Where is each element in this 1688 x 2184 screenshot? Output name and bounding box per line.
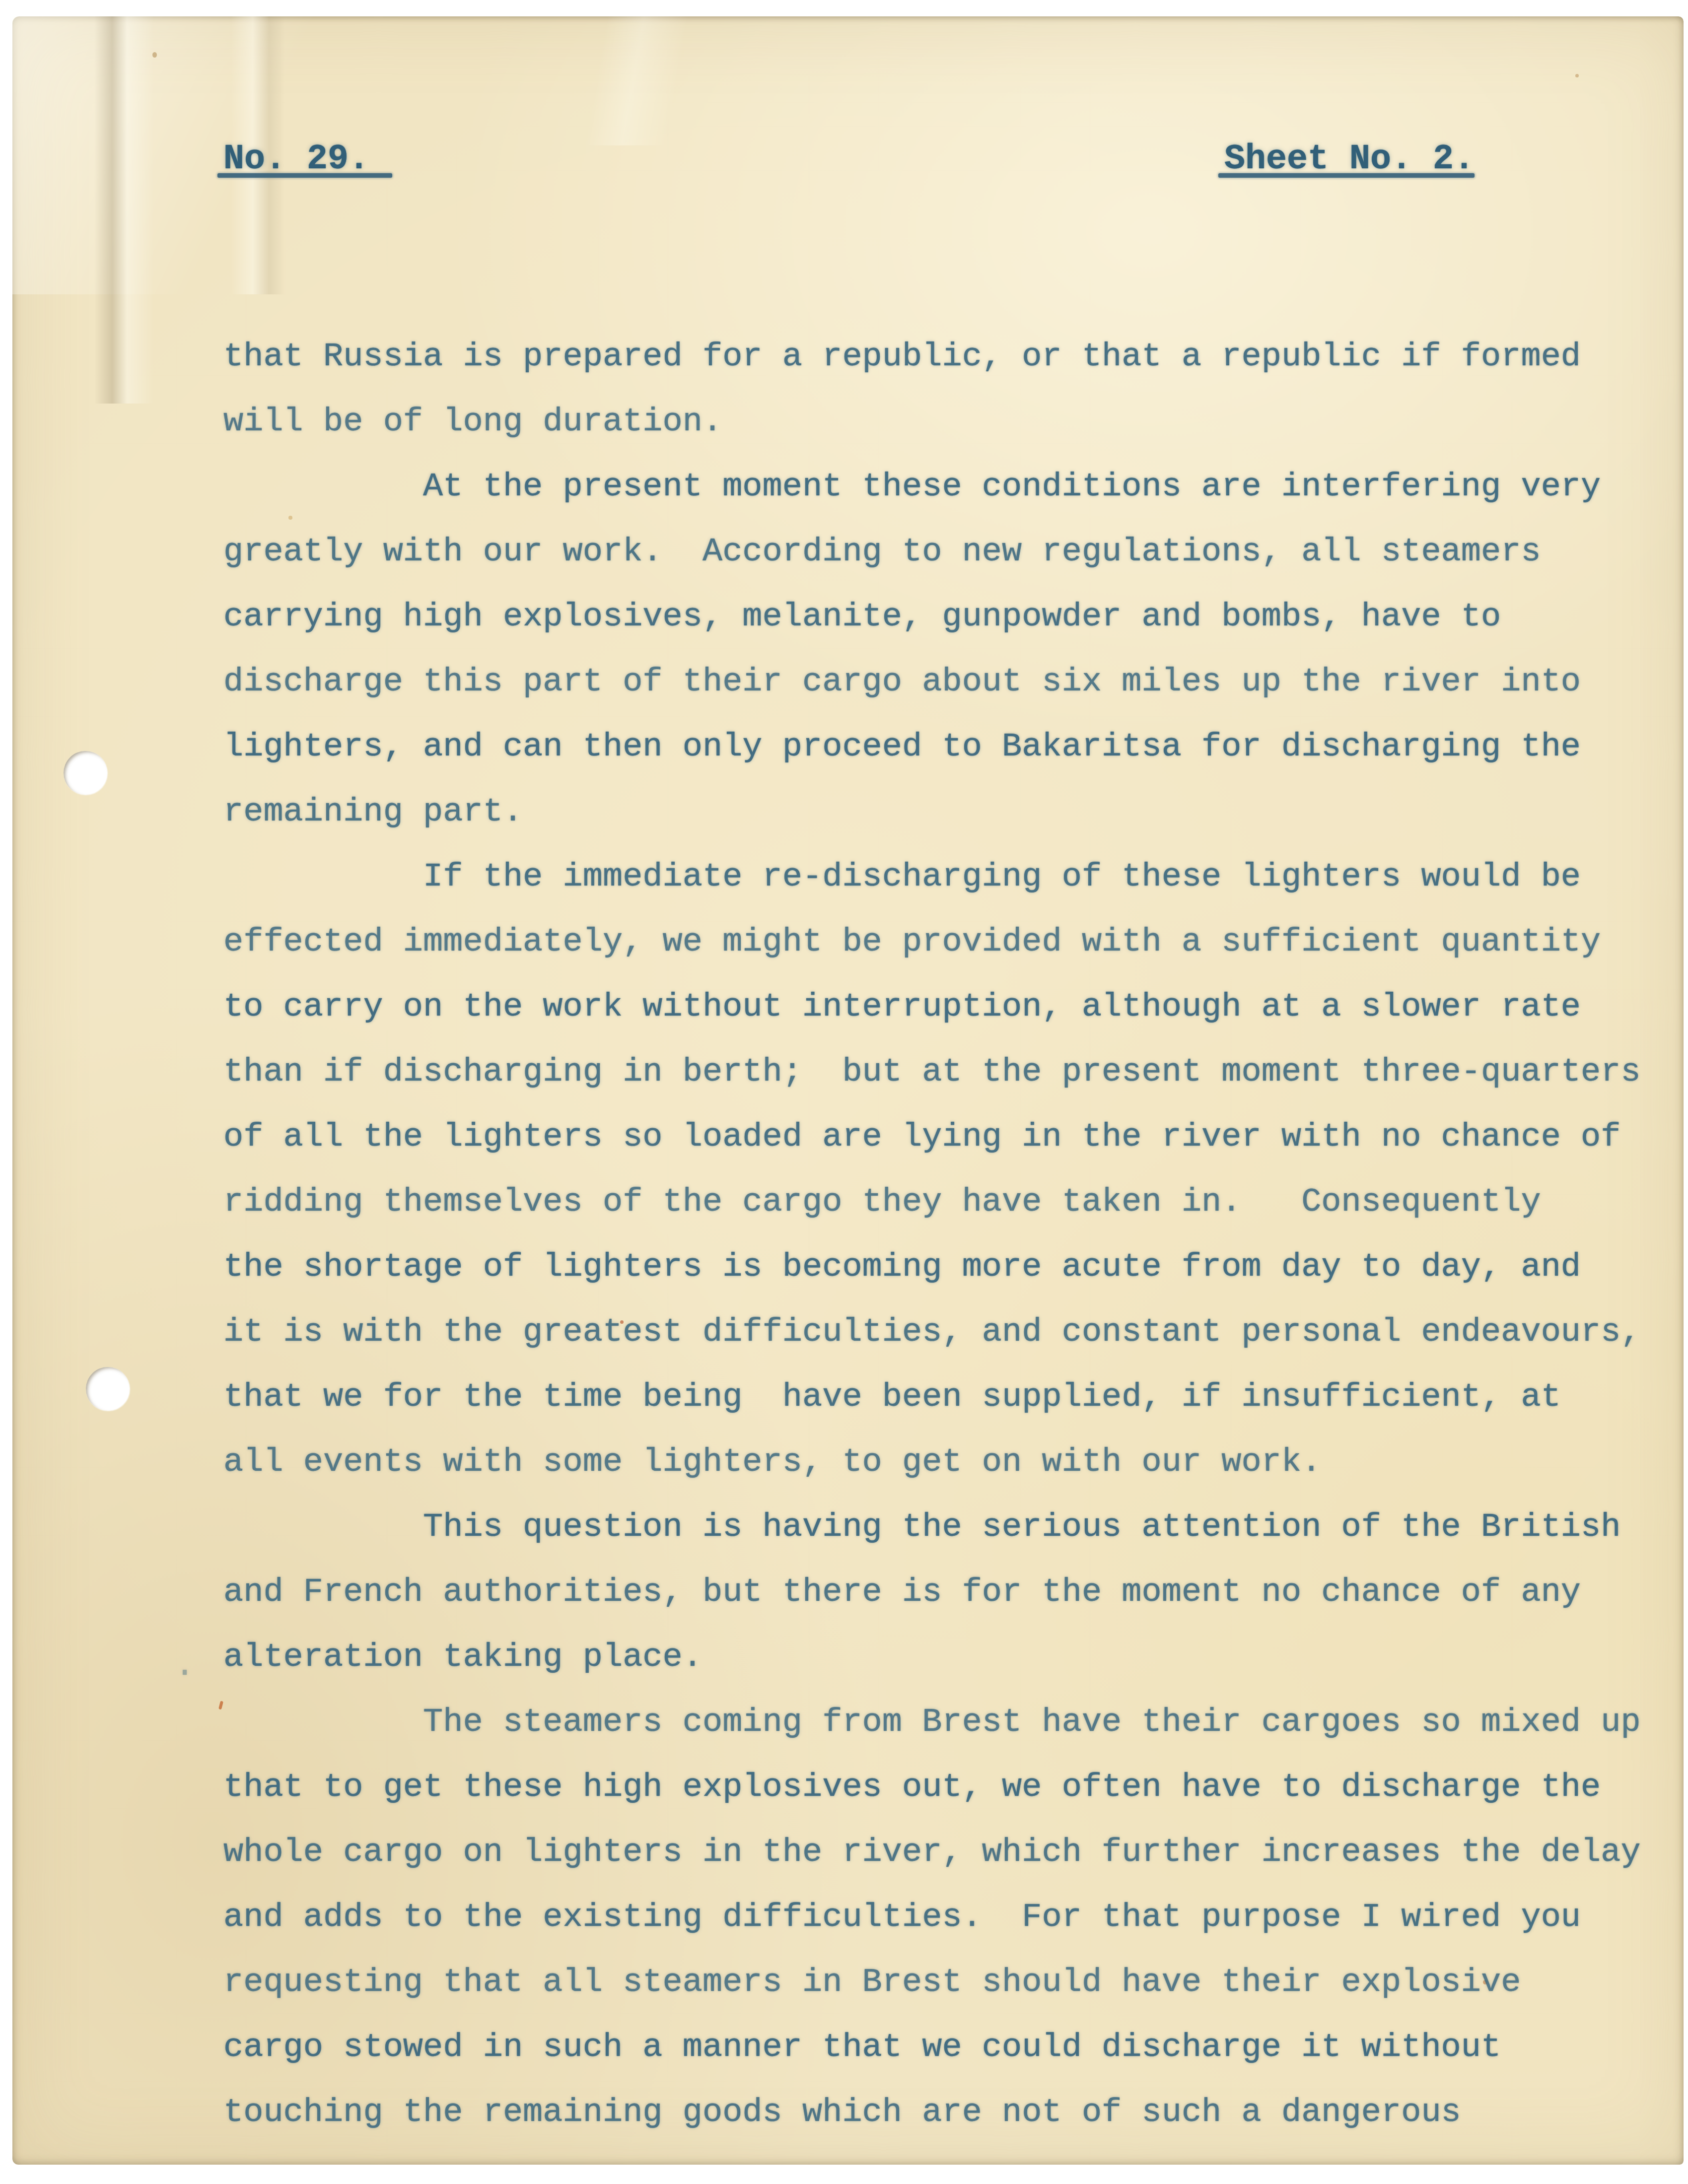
typewritten-line: to carry on the work without interruptio… xyxy=(223,975,1641,1040)
typewritten-line: and French authorities, but there is for… xyxy=(223,1560,1641,1625)
typewritten-line: carrying high explosives, melanite, gunp… xyxy=(223,585,1641,650)
typewritten-line: requesting that all steamers in Brest sh… xyxy=(223,1950,1641,2015)
typewritten-line: discharge this part of their cargo about… xyxy=(223,650,1641,715)
typewritten-line: touching the remaining goods which are n… xyxy=(223,2080,1641,2145)
typewritten-line: At the present moment these conditions a… xyxy=(223,455,1641,520)
paper-speck xyxy=(218,1701,223,1710)
typewritten-line: If the immediate re-discharging of these… xyxy=(223,845,1641,910)
typewritten-line: it is with the greatest difficulties, an… xyxy=(223,1300,1641,1365)
typewritten-line: will be of long duration. xyxy=(223,390,1641,455)
sheet-number: Sheet No. 2. xyxy=(1224,132,1475,188)
typewritten-line: of all the lighters so loaded are lying … xyxy=(223,1105,1641,1170)
punch-hole xyxy=(86,1367,130,1411)
document-number: No. 29. xyxy=(223,132,369,188)
sheet-number-underline xyxy=(1218,173,1475,178)
typewritten-line: This question is having the serious atte… xyxy=(223,1495,1641,1560)
stray-period-mark: . xyxy=(175,1649,210,1684)
paper-crease xyxy=(94,16,154,404)
typewritten-line: that we for the time being have been sup… xyxy=(223,1365,1641,1430)
typewritten-line: ridding themselves of the cargo they hav… xyxy=(223,1170,1641,1235)
typewritten-line: that to get these high explosives out, w… xyxy=(223,1755,1641,1820)
typewritten-line: and adds to the existing difficulties. F… xyxy=(223,1885,1641,1950)
typewritten-line: the shortage of lighters is becoming mor… xyxy=(223,1235,1641,1300)
typewritten-line: cargo stowed in such a manner that we co… xyxy=(223,2015,1641,2080)
typewritten-line: lighters, and can then only proceed to B… xyxy=(223,715,1641,780)
typewritten-line: than if discharging in berth; but at the… xyxy=(223,1040,1641,1105)
typewritten-line: effected immediately, we might be provid… xyxy=(223,910,1641,975)
document-number-underline xyxy=(217,173,392,178)
typewritten-line: that Russia is prepared for a republic, … xyxy=(223,325,1641,390)
letter-body: that Russia is prepared for a republic, … xyxy=(223,325,1641,2145)
typewritten-line: The steamers coming from Brest have thei… xyxy=(223,1690,1641,1755)
typewritten-line: all events with some lighters, to get on… xyxy=(223,1430,1641,1495)
paper-fold-mark xyxy=(459,16,807,145)
typewritten-line: alteration taking place. xyxy=(223,1625,1641,1690)
punch-hole xyxy=(64,751,107,795)
typewritten-line: remaining part. xyxy=(223,780,1641,845)
paper-speck xyxy=(1575,74,1579,77)
paper-speck xyxy=(152,52,157,58)
typewritten-line: whole cargo on lighters in the river, wh… xyxy=(223,1820,1641,1885)
typewritten-line: greatly with our work. According to new … xyxy=(223,520,1641,585)
